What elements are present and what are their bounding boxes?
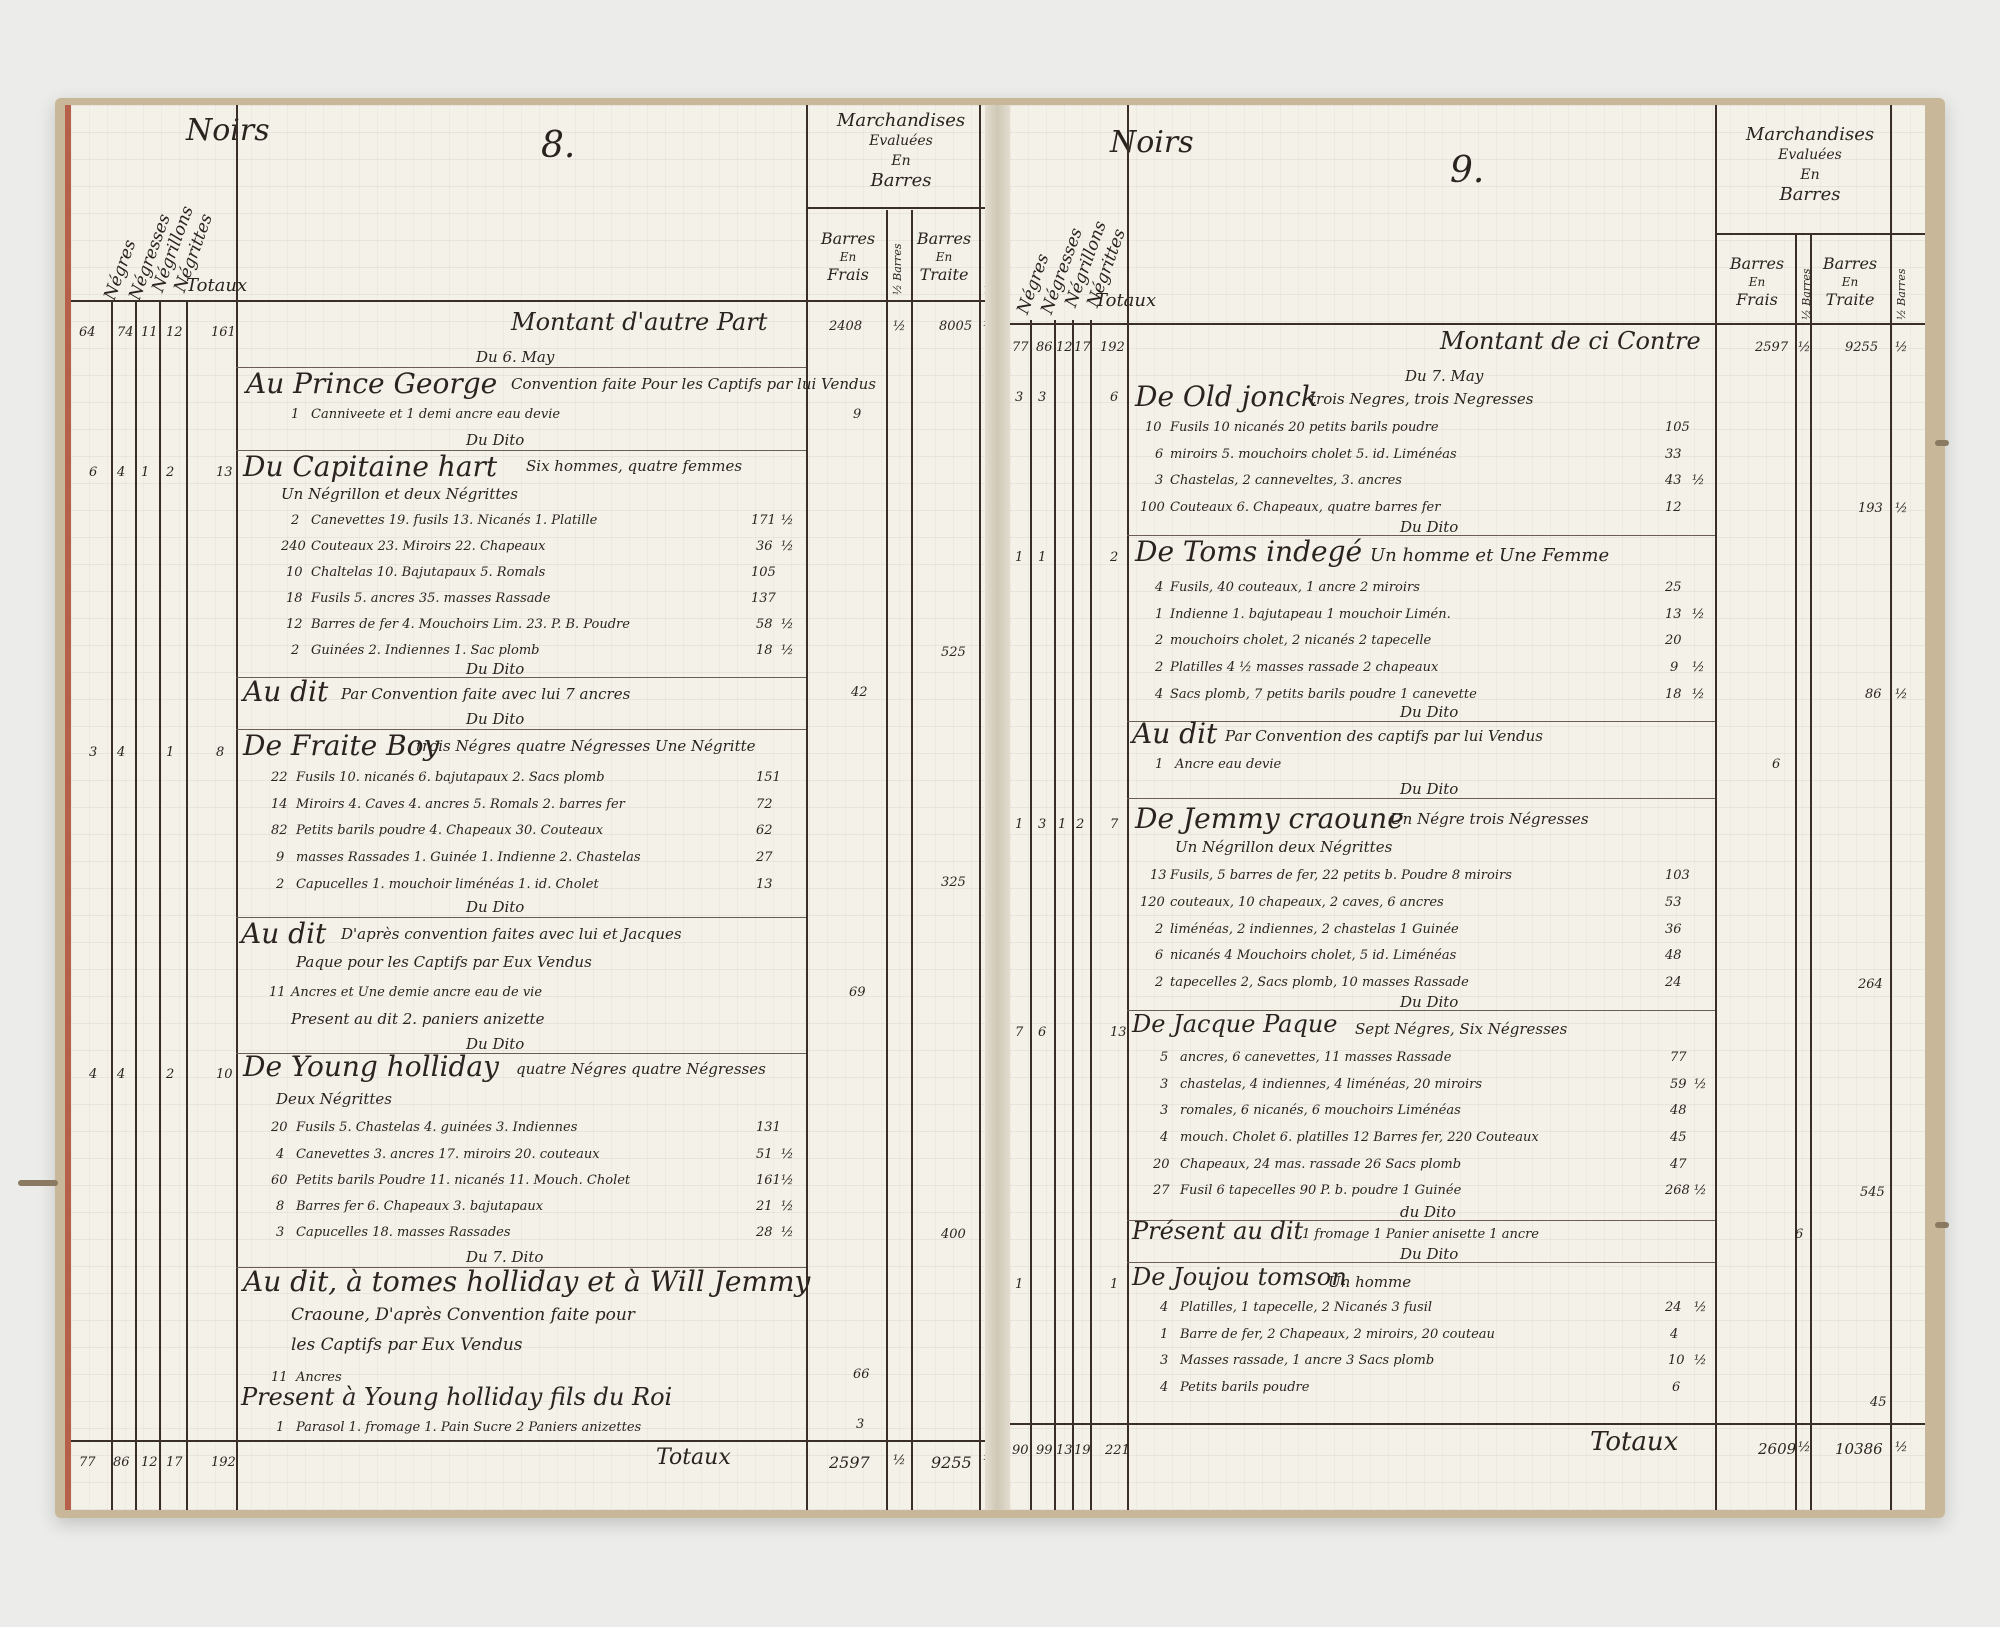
item-text: couteaux, 10 chapeaux, 2 caves, 6 ancres (1170, 895, 1444, 910)
item-half: ½ (781, 1147, 794, 1162)
item-half: ½ (1694, 1077, 1707, 1092)
entry-date: Du Dito (466, 660, 524, 678)
entry-title: Au Prince George (246, 367, 497, 400)
item-qty: 1 (276, 1420, 284, 1435)
item-half: ½ (1694, 1353, 1707, 1368)
entry-date: du Dito (1400, 1203, 1456, 1221)
col-label: Frais (813, 266, 883, 284)
col-divider (1054, 320, 1056, 1510)
merch-line4: Barres (1720, 185, 1900, 205)
item-qty: 100 (1140, 500, 1165, 515)
entry-frais: 9 (853, 407, 861, 422)
right-page: Noirs Négres Négresses Négrillons Négrit… (1010, 105, 1925, 1510)
item-half: ½ (781, 643, 794, 658)
item-half: ½ (781, 513, 794, 528)
carry-totaux: 161 (211, 325, 236, 340)
item-text: Petits barils poudre 4. Chapeaux 30. Cou… (296, 823, 603, 838)
item-qty: 20 (271, 1120, 288, 1135)
count-negres: 1 (1015, 817, 1023, 832)
merch-line2: Evaluées (1720, 145, 1900, 165)
entry-date: Du 7. Dito (466, 1248, 543, 1266)
merch-line3: En (1720, 165, 1900, 185)
count-negrittes: 2 (1076, 817, 1084, 832)
item-value: 51 (756, 1147, 773, 1162)
merch-title: Marchandises (1720, 125, 1900, 145)
entry-title: De Young holliday (243, 1050, 499, 1083)
item-qty: 3 (1160, 1077, 1168, 1092)
item-qty: 1 (1155, 757, 1163, 772)
item-qty: 4 (1155, 580, 1163, 595)
item-qty: 2 (1155, 660, 1163, 675)
item-text: Indienne 1. bajutapeau 1 mouchoir Limén. (1170, 607, 1451, 622)
item-qty: 4 (1155, 687, 1163, 702)
count-negres: 1 (1015, 1277, 1023, 1292)
col-divider (1890, 105, 1892, 1510)
total-frais-half: ½ (893, 1453, 906, 1468)
col-label: Barres (813, 230, 883, 248)
book-gutter (985, 105, 1010, 1510)
item-value: 24 (1665, 975, 1682, 990)
col-divider (1127, 105, 1129, 1510)
entry-date: Du Dito (466, 898, 524, 916)
item-text: Miroirs 4. Caves 4. ancres 5. Romals 2. … (296, 797, 625, 812)
entry-title: De Toms indegé (1135, 535, 1362, 568)
entry-sub: quatre Négres quatre Négresses (516, 1060, 766, 1078)
binding-string (1935, 440, 1949, 446)
entry-sub: Six hommes, quatre femmes (526, 457, 742, 475)
col-half-barres: ½ Barres (1895, 269, 1908, 320)
binding-string (18, 1180, 58, 1186)
entry-frais: 42 (851, 685, 868, 700)
item-value: 58 (756, 617, 773, 632)
item-text: Fusils, 40 couteaux, 1 ancre 2 miroirs (1170, 580, 1420, 595)
carry-frais: 2597 (1755, 340, 1788, 355)
carry-negresses: 86 (1036, 340, 1053, 355)
item-qty: 120 (1140, 895, 1165, 910)
item-value: 161 (756, 1173, 781, 1188)
item-half: ½ (1692, 660, 1705, 675)
item-half: ½ (781, 1173, 794, 1188)
count-totaux: 13 (216, 465, 233, 480)
entry-title: De Jacque Paque (1132, 1010, 1338, 1038)
item-qty: 22 (271, 770, 288, 785)
item-text: Canevettes 19. fusils 13. Nicanés 1. Pla… (311, 513, 597, 528)
entry-sub: Sept Négres, Six Négresses (1355, 1020, 1567, 1038)
merch-title: Marchandises (811, 111, 991, 131)
item-qty: 13 (1150, 868, 1167, 883)
item-text: Barres de fer 4. Mouchoirs Lim. 23. P. B… (311, 617, 630, 632)
carry-traite: 8005 (939, 319, 972, 334)
entry-date: Du 7. May (1405, 367, 1483, 385)
item-qty: 18 (286, 591, 303, 606)
item-value: 18 (1665, 687, 1682, 702)
entry-title: Au dit (1132, 717, 1217, 750)
entry-sub: Par Convention faite avec lui 7 ancres (341, 685, 630, 703)
carry-frais-half: ½ (893, 319, 906, 334)
entry-date: Du Dito (466, 710, 524, 728)
header-divider (1715, 233, 1925, 235)
item-qty: 3 (1155, 473, 1163, 488)
item-half: ½ (1692, 607, 1705, 622)
col-barres-frais: Barres En Frais (813, 230, 883, 284)
total-frais-half: ½ (1798, 1440, 1811, 1455)
page-number: 8. (541, 125, 575, 166)
item-text: mouch. Cholet 6. platilles 12 Barres fer… (1180, 1130, 1539, 1145)
col-label: Traite (1815, 291, 1885, 309)
item-qty: 4 (1160, 1130, 1168, 1145)
col-divider (1030, 320, 1032, 1510)
col-label: Frais (1722, 291, 1792, 309)
item-value: 24 (1665, 1300, 1682, 1315)
item-text: Barres fer 6. Chapeaux 3. bajutapaux (296, 1199, 543, 1214)
col-label: En (909, 248, 979, 266)
entry-sub: Un Négre trois Négresses (1390, 810, 1589, 828)
col-barres-traite: Barres En Traite (909, 230, 979, 284)
item-qty: 2 (1155, 633, 1163, 648)
col-divider (1795, 233, 1797, 1510)
item-text: Fusils 5. ancres 35. masses Rassade (311, 591, 551, 606)
item-value: 43 (1665, 473, 1682, 488)
item-value: 131 (756, 1120, 781, 1135)
entry-traite: 193 (1858, 501, 1883, 516)
item-half: ½ (1694, 1183, 1707, 1198)
count-totaux: 10 (216, 1067, 233, 1082)
total-negresses: 99 (1036, 1443, 1053, 1458)
item-half: ½ (781, 1199, 794, 1214)
entry-sub: Un homme (1328, 1273, 1411, 1291)
item-qty: 20 (1153, 1157, 1170, 1172)
carry-negrillons: 12 (1056, 340, 1073, 355)
item-text: Canevettes 3. ancres 17. miroirs 20. cou… (296, 1147, 600, 1162)
entry-sub: D'après convention faites avec lui et Ja… (341, 925, 682, 943)
item-qty: 8 (276, 1199, 284, 1214)
item-value: 62 (756, 823, 773, 838)
item-text: Parasol 1. fromage 1. Pain Sucre 2 Panie… (296, 1420, 641, 1435)
item-text: Couteaux 6. Chapeaux, quatre barres fer (1170, 500, 1440, 515)
entry-sub: Paque pour les Captifs par Eux Vendus (296, 953, 592, 971)
entry-title: De Jemmy craoune (1135, 802, 1404, 835)
col-divider (886, 210, 888, 1510)
totals-rule (1010, 1423, 1925, 1425)
count-totaux: 13 (1110, 1025, 1127, 1040)
merch-line2: Evaluées (811, 131, 991, 151)
carry-frais-half: ½ (1798, 340, 1811, 355)
item-text: Fusils 10 nicanés 20 petits barils poudr… (1170, 420, 1439, 435)
item-value: 12 (1665, 500, 1682, 515)
item-qty: 14 (271, 797, 288, 812)
entry-date: Du Dito (1400, 518, 1458, 536)
item-value: 103 (1665, 868, 1690, 883)
entry-sub: les Captifs par Eux Vendus (291, 1335, 523, 1355)
count-negresses: 4 (117, 745, 125, 760)
col-barres-traite: Barres En Traite (1815, 255, 1885, 309)
item-text: Chapeaux, 24 mas. rassade 26 Sacs plomb (1180, 1157, 1461, 1172)
item-qty: 9 (276, 850, 284, 865)
carry-label: Montant d'autre Part (511, 308, 767, 336)
entry-traite: 264 (1858, 977, 1883, 992)
item-value: 105 (751, 565, 776, 580)
total-negresses: 86 (113, 1455, 130, 1470)
carry-traite-half: ½ (1895, 340, 1908, 355)
count-negresses: 6 (1038, 1025, 1046, 1040)
count-totaux: 1 (1110, 1277, 1118, 1292)
item-qty: 4 (276, 1147, 284, 1162)
item-text: ancres, 6 canevettes, 11 masses Rassade (1180, 1050, 1451, 1065)
totals-rule (71, 1440, 991, 1442)
item-qty: 6 (1155, 447, 1163, 462)
col-divider (186, 300, 188, 1510)
count-negres: 3 (89, 745, 97, 760)
item-text: Capucelles 18. masses Rassades (296, 1225, 511, 1240)
item-text: chastelas, 4 indiennes, 4 liménéas, 20 m… (1180, 1077, 1482, 1092)
item-qty: 5 (1160, 1050, 1168, 1065)
entry-sub: trois Negres, trois Negresses (1310, 390, 1534, 408)
item-text: Platilles, 1 tapecelle, 2 Nicanés 3 fusi… (1180, 1300, 1432, 1315)
item-text: Fusil 6 tapecelles 90 P. b. poudre 1 Gui… (1180, 1183, 1461, 1198)
item-qty: 4 (1160, 1300, 1168, 1315)
item-value: 36 (1665, 922, 1682, 937)
item-value: 28 (756, 1225, 773, 1240)
item-value: 4 (1670, 1327, 1678, 1342)
header-bottom-rule (1010, 323, 1925, 325)
carry-negres: 64 (79, 325, 96, 340)
item-qty: 60 (271, 1173, 288, 1188)
item-half: ½ (1694, 1300, 1707, 1315)
carry-traite: 9255 (1845, 340, 1878, 355)
count-negres: 1 (1015, 550, 1023, 565)
item-qty: 10 (286, 565, 303, 580)
total-traite-half: ½ (1895, 1440, 1908, 1455)
entry-frais: 6 (1795, 1227, 1803, 1242)
total-negrittes: 17 (166, 1455, 183, 1470)
item-value: 21 (756, 1199, 773, 1214)
page-number: 9. (1450, 150, 1484, 191)
count-negresses: 4 (117, 465, 125, 480)
total-frais: 2597 (829, 1453, 870, 1472)
entry-traite: 525 (941, 645, 966, 660)
count-negresses: 3 (1038, 817, 1046, 832)
header-divider (806, 207, 991, 209)
merch-line4: Barres (811, 171, 991, 191)
col-divider (236, 105, 238, 1510)
item-qty: 4 (1160, 1380, 1168, 1395)
item-qty: 12 (286, 617, 303, 632)
header-bottom-rule (71, 300, 991, 302)
date-rule (1127, 798, 1715, 799)
total-traite: 9255 (931, 1453, 972, 1472)
col-label: Barres (1815, 255, 1885, 273)
entry-date: Du 6. May (476, 348, 554, 366)
item-qty: 3 (276, 1225, 284, 1240)
carry-negresses: 74 (117, 325, 134, 340)
item-value: 77 (1670, 1050, 1687, 1065)
entry-sub: 1 fromage 1 Panier anisette 1 ancre (1302, 1227, 1539, 1242)
item-text: Guinées 2. Indiennes 1. Sac plomb (311, 643, 540, 658)
entry-frais: 66 (853, 1367, 870, 1382)
count-negrittes: 2 (166, 1067, 174, 1082)
total-traite: 10386 (1835, 1440, 1883, 1458)
item-text: Chaltelas 10. Bajutapaux 5. Romals (311, 565, 545, 580)
col-label: En (1815, 273, 1885, 291)
item-qty: 1 (1160, 1327, 1168, 1342)
merch-header: Marchandises Evaluées En Barres (811, 111, 991, 191)
count-negres: 3 (1015, 390, 1023, 405)
item-text: Chastelas, 2 canneveltes, 3. ancres (1170, 473, 1402, 488)
entry-sub: Convention faite Pour les Captifs par lu… (511, 375, 876, 393)
item-value: 13 (1665, 607, 1682, 622)
count-totaux: 8 (216, 745, 224, 760)
col-half-barres: ½ Barres (891, 244, 904, 295)
item-qty: 1 (1155, 607, 1163, 622)
entry-date: Du Dito (1400, 780, 1458, 798)
entry-traite: 325 (941, 875, 966, 890)
item-value: 10 (1668, 1353, 1685, 1368)
item-qty: 3 (1160, 1103, 1168, 1118)
item-qty: 2 (291, 513, 299, 528)
item-qty: 240 (281, 539, 306, 554)
item-value: 151 (756, 770, 781, 785)
col-divider (159, 300, 161, 1510)
count-negrittes: 2 (166, 465, 174, 480)
item-value: 36 (756, 539, 773, 554)
item-value: 45 (1670, 1130, 1687, 1145)
entry-date: Du Dito (1400, 703, 1458, 721)
noirs-header: Noirs (186, 113, 270, 148)
item-value: 171 (751, 513, 776, 528)
item-value: 72 (756, 797, 773, 812)
entry-sub: Deux Négrittes (276, 1090, 392, 1108)
col-barres-frais: Barres En Frais (1722, 255, 1792, 309)
item-text: Masses rassade, 1 ancre 3 Sacs plomb (1180, 1353, 1434, 1368)
entry-frais: 69 (849, 985, 866, 1000)
item-text: romales, 6 nicanés, 6 mouchoirs Liménéas (1180, 1103, 1461, 1118)
item-text: Ancres et Une demie ancre eau de vie (291, 985, 542, 1000)
col-divider (911, 210, 913, 1510)
item-value: 137 (751, 591, 776, 606)
totals-label: Totaux (1590, 1427, 1678, 1457)
item-text: Capucelles 1. mouchoir liménéas 1. id. C… (296, 877, 599, 892)
item-qty: 3 (1160, 1353, 1168, 1368)
item-text: masses Rassades 1. Guinée 1. Indienne 2.… (296, 850, 641, 865)
item-value: 6 (1672, 1380, 1680, 1395)
entry-title: De Old jonck (1135, 380, 1318, 413)
item-text: Present au dit 2. paniers anizette (291, 1010, 544, 1028)
count-negrillons: 1 (1058, 817, 1066, 832)
item-text: nicanés 4 Mouchoirs cholet, 5 id. Liméné… (1170, 948, 1456, 963)
col-label: Traite (909, 266, 979, 284)
item-text: Fusils 10. nicanés 6. bajutapaux 2. Sacs… (296, 770, 605, 785)
item-text: Barre de fer, 2 Chapeaux, 2 miroirs, 20 … (1180, 1327, 1495, 1342)
entry-title: De Fraite Boy (243, 729, 439, 762)
item-qty: 10 (1145, 420, 1162, 435)
entry-frais: 6 (1772, 757, 1780, 772)
count-negresses: 3 (1038, 390, 1046, 405)
entry-title: Au dit, à tomes holliday et à Will Jemmy (243, 1265, 810, 1298)
item-value: 9 (1670, 660, 1678, 675)
item-half: ½ (1692, 687, 1705, 702)
entry-traite: 400 (941, 1227, 966, 1242)
count-totaux: 7 (1110, 817, 1118, 832)
entry-title: Au dit (243, 675, 328, 708)
item-value: 25 (1665, 580, 1682, 595)
col-divider (135, 300, 137, 1510)
item-value: 48 (1670, 1103, 1687, 1118)
col-divider (979, 105, 981, 1510)
item-value: 27 (756, 850, 773, 865)
item-qty: 2 (276, 877, 284, 892)
carry-negrittes: 12 (166, 325, 183, 340)
total-frais: 2609 (1758, 1440, 1796, 1458)
item-text: Petits barils Poudre 11. nicanés 11. Mou… (296, 1173, 630, 1188)
item-qty: 2 (1155, 922, 1163, 937)
item-qty: 1 (291, 407, 299, 422)
carry-totaux: 192 (1100, 340, 1125, 355)
item-text: Fusils 5. Chastelas 4. guinées 3. Indien… (296, 1120, 577, 1135)
item-value: 20 (1665, 633, 1682, 648)
item-value: 18 (756, 643, 773, 658)
count-totaux: 2 (1110, 550, 1118, 565)
item-text: tapecelles 2, Sacs plomb, 10 masses Rass… (1170, 975, 1469, 990)
entry-sub: Un Négrillon et deux Négrittes (281, 485, 518, 503)
item-text: liménéas, 2 indiennes, 2 chastelas 1 Gui… (1170, 922, 1459, 937)
carry-label: Montant de ci Contre (1440, 327, 1701, 355)
item-half: ½ (781, 1225, 794, 1240)
col-divider (1090, 320, 1092, 1510)
entry-title: De Joujou tomson (1132, 1263, 1347, 1291)
binding-string (1935, 1222, 1949, 1228)
entry-sub: trois Négres quatre Négresses Une Négrit… (416, 737, 756, 755)
total-negres: 77 (79, 1455, 96, 1470)
item-value: 13 (756, 877, 773, 892)
entry-traite: 545 (1860, 1185, 1885, 1200)
item-value: 268 (1665, 1183, 1690, 1198)
entry-title: Du Capitaine hart (243, 450, 497, 483)
count-negrillons: 1 (141, 465, 149, 480)
col-label: En (1722, 273, 1792, 291)
entry-traite-half: ½ (1895, 501, 1908, 516)
item-text: Fusils, 5 barres de fer, 22 petits b. Po… (1170, 868, 1512, 883)
carry-negrillons: 11 (141, 325, 158, 340)
col-divider (1715, 105, 1717, 1510)
count-totaux: 6 (1110, 390, 1118, 405)
item-qty: 11 (269, 985, 286, 1000)
item-qty: 27 (1153, 1183, 1170, 1198)
col-divider (111, 300, 113, 1510)
item-qty: 2 (1155, 975, 1163, 990)
entry-sub: Craoune, D'après Convention faite pour (291, 1305, 635, 1325)
left-page: Noirs Négres Négresses Négrillons Négrit… (65, 105, 991, 1510)
count-negres: 6 (89, 465, 97, 480)
entry-traite: 45 (1870, 1395, 1887, 1410)
item-text: mouchoirs cholet, 2 nicanés 2 tapecelle (1170, 633, 1431, 648)
item-text: Canniveete et 1 demi ancre eau devie (311, 407, 560, 422)
entry-date: Du Dito (1400, 1245, 1458, 1263)
count-negresses: 4 (117, 1067, 125, 1082)
count-negrittes: 1 (166, 745, 174, 760)
item-text: Petits barils poudre (1180, 1380, 1309, 1395)
entry-sub: Un homme et Une Femme (1370, 545, 1609, 566)
item-value: 105 (1665, 420, 1690, 435)
entry-frais: 3 (856, 1417, 864, 1432)
col-totaux: Totaux (1095, 290, 1156, 311)
item-half: ½ (781, 539, 794, 554)
totals-label: Totaux (656, 1445, 731, 1470)
entry-title: Present à Young holliday fils du Roi (241, 1383, 672, 1411)
noirs-header: Noirs (1110, 125, 1194, 160)
carry-negres: 77 (1012, 340, 1029, 355)
item-value: 53 (1665, 895, 1682, 910)
item-text: Sacs plomb, 7 petits barils poudre 1 can… (1170, 687, 1477, 702)
